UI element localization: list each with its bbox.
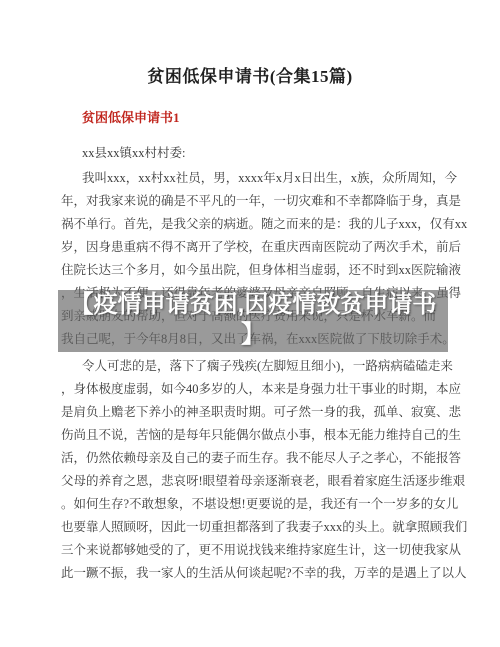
- salutation-line: xx县xx镇xx村村委:: [61, 142, 450, 165]
- watermark-text-line2: 】: [58, 320, 448, 350]
- text-line: 此一蹶不振，我一家人的生活从何谈起呢?不幸的我，万幸的是遇上了以人: [61, 562, 450, 585]
- text-line: 是肩负上赡老下养小的神圣职责时期。可孑然一身的我，孤单、寂寞、悲: [61, 401, 450, 424]
- text-line: 住院长达三个多月，如今虽出院，但身体相当虚弱，还不时到xx医院输液: [61, 259, 450, 282]
- text-line: 也要靠人照顾呀，因此一切重担都落到了我妻子xxx的头上。就拿照顾我们: [61, 516, 450, 539]
- section-heading: 贫困低保申请书1: [82, 107, 500, 126]
- text-line: 祸不单行。首先，是我父亲的病逝。随之而来的是：我的儿子xxx，仅有xx: [61, 213, 450, 236]
- text-line: 父母的养育之恩，悲哀呀!眼望着母亲逐渐衰老，眼看着家庭生活逐步维艰: [61, 470, 450, 493]
- text-line: 三个来说都够她受的了，更不用说找钱来维持家庭生计，这一切使我家从: [61, 539, 450, 562]
- watermark-banner: 【疫情申请贫困,因疫情致贫申请书 】: [58, 290, 448, 352]
- text-line: 令人可悲的是，落下了瘸子残疾(左脚短且细小)，一路病病磕磕走来: [61, 355, 450, 378]
- paragraph-2: 令人可悲的是，落下了瘸子残疾(左脚短且细小)，一路病病磕磕走来，身体极度虚弱，如…: [61, 355, 450, 585]
- document-page: 贫困低保申请书(合集15篇) 贫困低保申请书1 xx县xx镇xx村村委: 我叫x…: [0, 0, 500, 647]
- text-line: 。如何生存?不敢想象，不堪设想!更要说的是，我还有一个一岁多的女儿: [61, 493, 450, 516]
- page-title: 贫困低保申请书(合集15篇): [0, 0, 500, 87]
- text-line: 我叫xxx，xx村xx社员，男，xxxx年x月x日出生，x族，众所周知，今: [61, 167, 450, 190]
- document-body: xx县xx镇xx村村委: 我叫xxx，xx村xx社员，男，xxxx年x月x日出生…: [61, 142, 450, 585]
- text-line: ，身体极度虚弱，如今40多岁的人，本来是身强力壮干事业的时期，本应: [61, 378, 450, 401]
- text-line: 年，对我家来说的确是不平凡的一年，一切灾难和不幸都降临于身，真是: [61, 190, 450, 213]
- text-line: 伤尚且不说，苦恼的是每年只能偶尔做点小事，根本无能力维持自己的生: [61, 424, 450, 447]
- text-line: 岁，因身患重病不得不离开了学校，在重庆西南医院动了两次手术，前后: [61, 236, 450, 259]
- watermark-text-line1: 【疫情申请贫困,因疫情致贫申请书: [58, 290, 448, 320]
- text-line: 活，仍然依赖母亲及自己的妻子而生存。我不能尽人子之孝心，不能报答: [61, 447, 450, 470]
